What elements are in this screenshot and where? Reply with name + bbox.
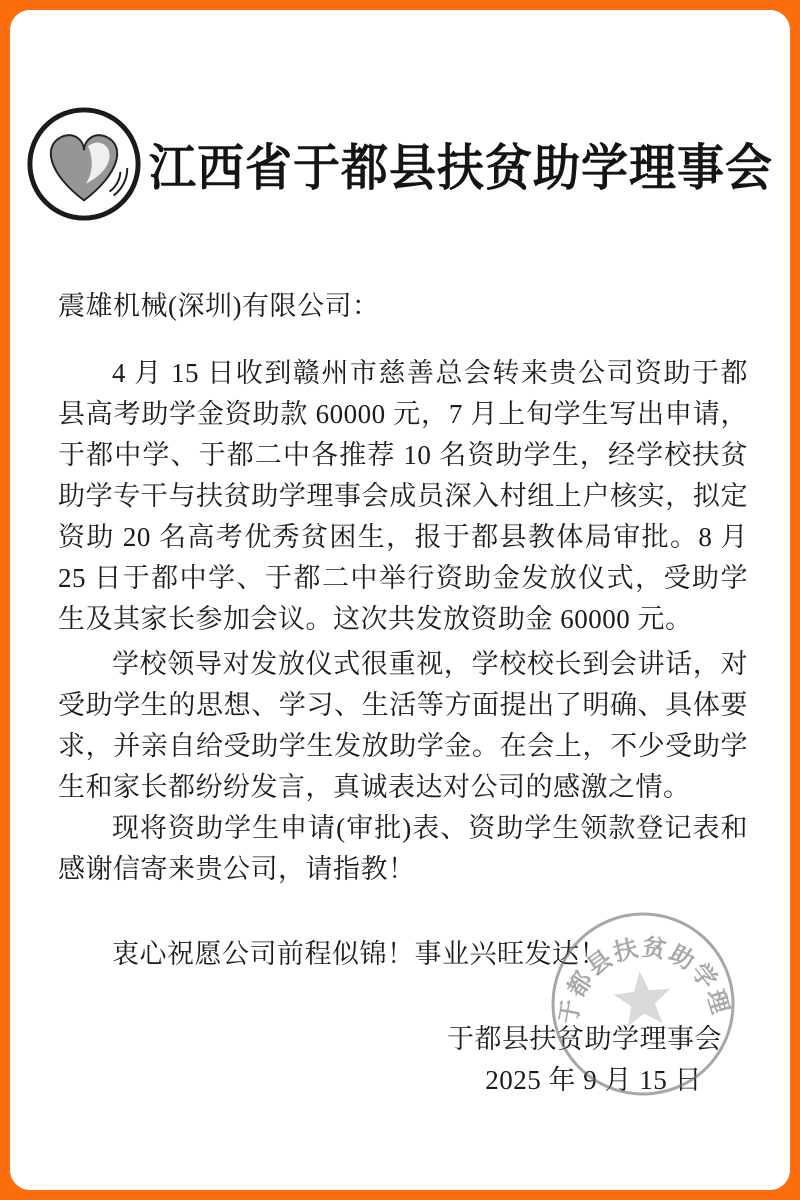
closing-wish: 衷心祝愿公司前程似锦！事业兴旺发达！: [58, 934, 748, 975]
org-title: 江西省于都县扶贫助学理事会: [149, 128, 773, 199]
heart-in-circle-logo-icon: [25, 104, 143, 224]
letter-paragraph: 学校领导对发放仪式很重视，学校校长到会讲话，对受助学生的思想、学习、生活等方面提…: [58, 644, 748, 808]
letter-paper: 江西省于都县扶贫助学理事会 震雄机械(深圳)有限公司： 4 月 15 日收到赣州…: [10, 10, 790, 1190]
scanned-letter-page: { "page": { "frame_color": "#FA6E0E", "p…: [0, 0, 800, 1200]
letter-paragraph: 现将资助学生申请(审批)表、资助学生领款登记表和感谢信寄来贵公司，请指教！: [58, 808, 748, 890]
letter-body: 震雄机械(深圳)有限公司： 4 月 15 日收到赣州市慈善总会转来贵公司资助于都…: [58, 286, 748, 1101]
salutation: 震雄机械(深圳)有限公司：: [58, 286, 748, 327]
date: 2025 年 9 月 15 日: [58, 1060, 748, 1101]
letterhead: 江西省于都县扶贫助学理事会: [25, 104, 777, 224]
letter-paragraph: 4 月 15 日收到赣州市慈善总会转来贵公司资助于都县高考助学金资助款 6000…: [58, 353, 748, 640]
signature: 于都县扶贫助学理事会: [58, 1019, 748, 1060]
